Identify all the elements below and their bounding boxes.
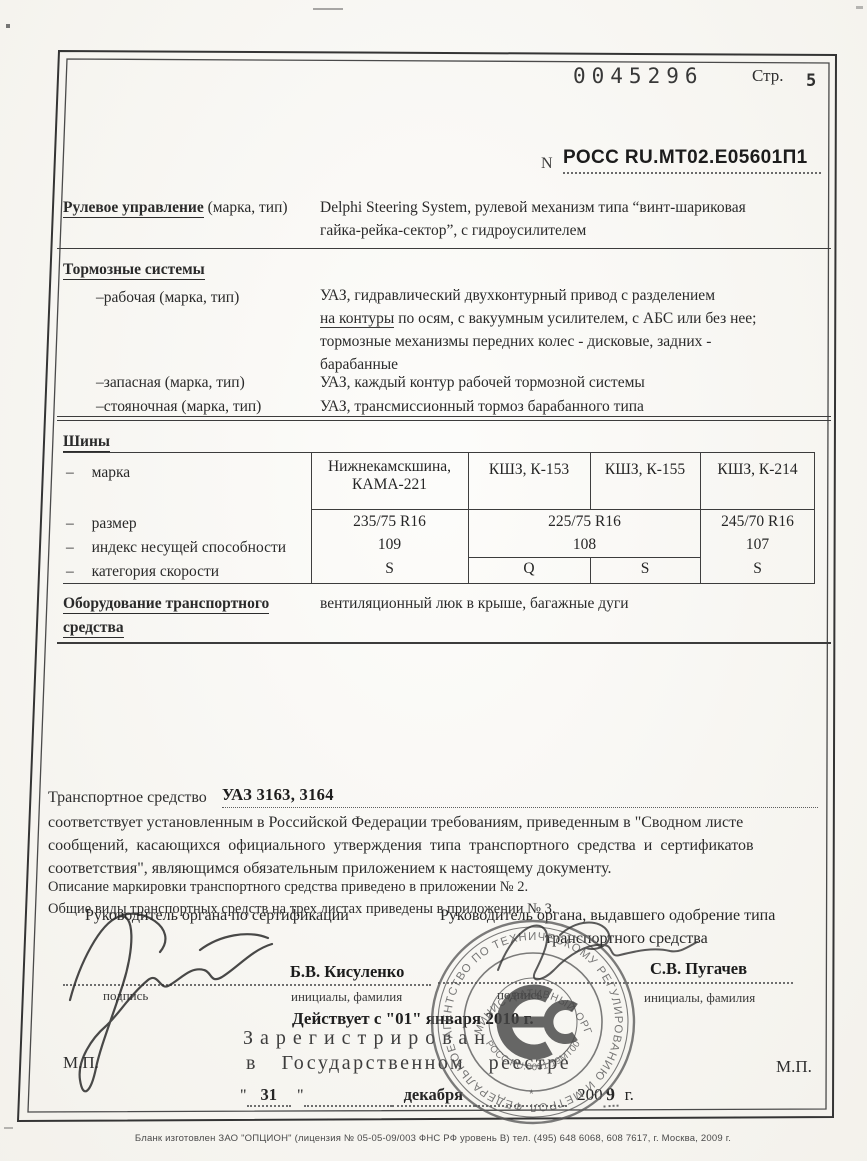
- tire-brand-cell: КШЗ, К-214: [701, 461, 814, 479]
- tire-row-label-marka: – марка: [66, 461, 130, 484]
- equipment-label-line2: средства: [63, 616, 124, 639]
- right-signatory-title-line2: транспортного средства: [545, 930, 708, 948]
- cert-number-prefix: N: [541, 155, 553, 173]
- brakes-title: Тормозные системы: [63, 258, 205, 281]
- form-printer-footer: Бланк изготовлен ЗАО "ОПЦИОН" (лицензия …: [135, 1133, 731, 1144]
- conformity-line2: сообщений, касающихся официального утвер…: [48, 834, 823, 857]
- vehicle-lead: Транспортное средство: [48, 789, 207, 807]
- date-year-printed: 200: [577, 1085, 603, 1105]
- tire-load-index-cell: 107: [701, 536, 814, 554]
- tires-title: Шины: [63, 430, 110, 453]
- tire-table-row-divider: [311, 509, 815, 510]
- tire-speed-cell: Q: [469, 560, 589, 578]
- seal-place-right: М.П.: [776, 1057, 812, 1077]
- valid-from-text: Действует с "01" января 2010 г.: [292, 1009, 534, 1029]
- brake-parking-value: УАЗ, трансмиссионный тормоз барабанного …: [320, 395, 644, 418]
- scan-noise-speck: [4, 1127, 13, 1129]
- tire-speed-cell: S: [591, 560, 699, 578]
- right-name-caption: инициалы, фамилия: [644, 990, 755, 1006]
- tires-title-text: Шины: [63, 433, 110, 452]
- equipment-value: вентиляционный люк в крыше, багажные дуг…: [320, 592, 629, 615]
- vehicle-model: УАЗ 3163, 3164: [222, 785, 334, 804]
- tire-speed-cell: S: [701, 560, 814, 578]
- steering-label-main: Рулевое управление: [63, 199, 204, 218]
- dash: –: [66, 464, 74, 481]
- brake-service-line2: на контуры по осям, с вакуумным усилител…: [320, 307, 825, 330]
- double-divider: [57, 416, 831, 421]
- right-signature-line: [438, 982, 793, 984]
- conformity-line3: соответствия", являющимся обязательным п…: [48, 857, 823, 880]
- cert-number-field: РОСС RU.MT02.E05601П1: [563, 147, 821, 174]
- tire-speed-cell: S: [312, 560, 467, 578]
- steering-label: Рулевое управление (марка, тип): [63, 196, 315, 219]
- brake-service-line1: УАЗ, гидравлический двухконтурный привод…: [320, 284, 825, 307]
- brake-spare-label: –запасная (марка, тип): [96, 371, 245, 394]
- registration-date-row: " 31 " декабря 200 9 г.: [240, 1084, 634, 1107]
- tire-row-label-text: категория скорости: [92, 563, 219, 580]
- brakes-title-text: Тормозные системы: [63, 261, 205, 280]
- section-divider: [57, 248, 831, 249]
- tire-table-row-divider-merged: [468, 557, 701, 558]
- steering-value-line2: гайка-рейка-сектор”, с гидроусилителем: [320, 219, 825, 242]
- dash: –: [66, 539, 74, 556]
- tire-table-col-divider: [814, 452, 815, 583]
- tire-table-border-bottom: [63, 583, 815, 584]
- date-gap-line: [475, 1084, 567, 1107]
- left-name-caption: инициалы, фамилия: [291, 989, 402, 1005]
- equipment-label-text1: Оборудование транспортного: [63, 595, 269, 614]
- dash: –: [66, 515, 74, 532]
- date-day: 31: [247, 1085, 292, 1107]
- registered-stamp-line1: Зарегистрирован: [243, 1027, 492, 1050]
- date-year-handwritten: 9: [602, 1084, 618, 1108]
- tire-row-label-index: – индекс несущей способности: [66, 536, 286, 559]
- tire-size-cell-merged: 225/75 R16: [469, 513, 700, 531]
- tire-brand-cell: Нижнекамскшина, КАМА-221: [312, 458, 467, 494]
- right-signatory-title-line1: Руководитель органа, выдавшего одобрение…: [440, 907, 775, 925]
- tire-size-cell: 235/75 R16: [312, 513, 467, 531]
- seal-place-left: М.П.: [63, 1053, 99, 1073]
- brake-service-line3: тормозные механизмы передних колес - дис…: [320, 330, 825, 353]
- date-month: декабря: [392, 1085, 476, 1107]
- tire-brand-line2: КАМА-221: [312, 476, 467, 494]
- brake-service-line2-rest: по осям, с вакуумным усилителем, с АБС и…: [394, 310, 756, 327]
- equipment-label-line1: Оборудование транспортного: [63, 592, 269, 615]
- tire-load-index-cell-merged: 108: [469, 536, 700, 554]
- tire-size-cell: 245/70 R16: [701, 513, 814, 531]
- tire-row-label-text: индекс несущей способности: [92, 539, 286, 556]
- steering-label-suffix: (марка, тип): [204, 199, 288, 216]
- cert-number: РОСС RU.MT02.E05601П1: [563, 147, 808, 168]
- brake-service-value: УАЗ, гидравлический двухконтурный привод…: [320, 284, 825, 376]
- document-serial-number: 0045296: [573, 64, 704, 88]
- scan-noise-speck: [313, 8, 343, 10]
- vehicle-field: УАЗ 3163, 3164: [222, 785, 818, 808]
- left-sign-caption: подпись: [103, 988, 148, 1004]
- equipment-label-text2: средства: [63, 619, 124, 638]
- tire-table-border-top: [63, 452, 815, 453]
- brake-spare-value: УАЗ, каждый контур рабочей тормозной сис…: [320, 371, 645, 394]
- annex-note-1: Описание маркировки транспортного средст…: [48, 879, 528, 896]
- brake-service-line2-underlined: на контуры: [320, 310, 394, 328]
- date-year-suffix: г.: [625, 1085, 634, 1105]
- brake-service-label: –рабочая (марка, тип): [96, 286, 239, 309]
- scan-noise-speck: [856, 6, 863, 9]
- right-signatory-name: С.В. Пугачев: [650, 959, 747, 979]
- tire-brand-line1: Нижнекамскшина,: [312, 458, 467, 476]
- scanned-certificate-page: 0045296 Стр. 5 N РОСС RU.MT02.E05601П1 Р…: [0, 0, 867, 1161]
- tire-brand-cell: КШЗ, К-153: [469, 461, 589, 479]
- tire-row-label-text: размер: [92, 515, 137, 532]
- left-signatory-name: Б.В. Кисуленко: [290, 962, 404, 982]
- page-label: Стр.: [752, 66, 784, 86]
- conformity-text: соответствует установленным в Российской…: [48, 811, 823, 880]
- tire-row-label-speed: – категория скорости: [66, 560, 219, 583]
- dash: –: [66, 563, 74, 580]
- right-sign-caption: подпись: [497, 987, 542, 1003]
- page-number: 5: [806, 71, 816, 91]
- steering-value: Delphi Steering System, рулевой механизм…: [320, 196, 825, 242]
- left-signatory-title: Руководитель органа по сертификации: [85, 907, 349, 925]
- section-divider: [57, 642, 831, 644]
- steering-value-line1: Delphi Steering System, рулевой механизм…: [320, 196, 825, 219]
- date-gap-line: [304, 1084, 392, 1107]
- tire-row-label-text: марка: [92, 464, 131, 481]
- left-signature-line: [63, 984, 431, 986]
- tire-row-label-razmer: – размер: [66, 512, 137, 535]
- registered-stamp-line2: в Государственном реестре: [246, 1052, 571, 1075]
- conformity-line1: соответствует установленным в Российской…: [48, 811, 823, 834]
- scan-noise-speck: [6, 24, 10, 28]
- tire-load-index-cell: 109: [312, 536, 467, 554]
- brake-parking-label: –стояночная (марка, тип): [96, 395, 261, 418]
- tire-brand-cell: КШЗ, К-155: [591, 461, 699, 479]
